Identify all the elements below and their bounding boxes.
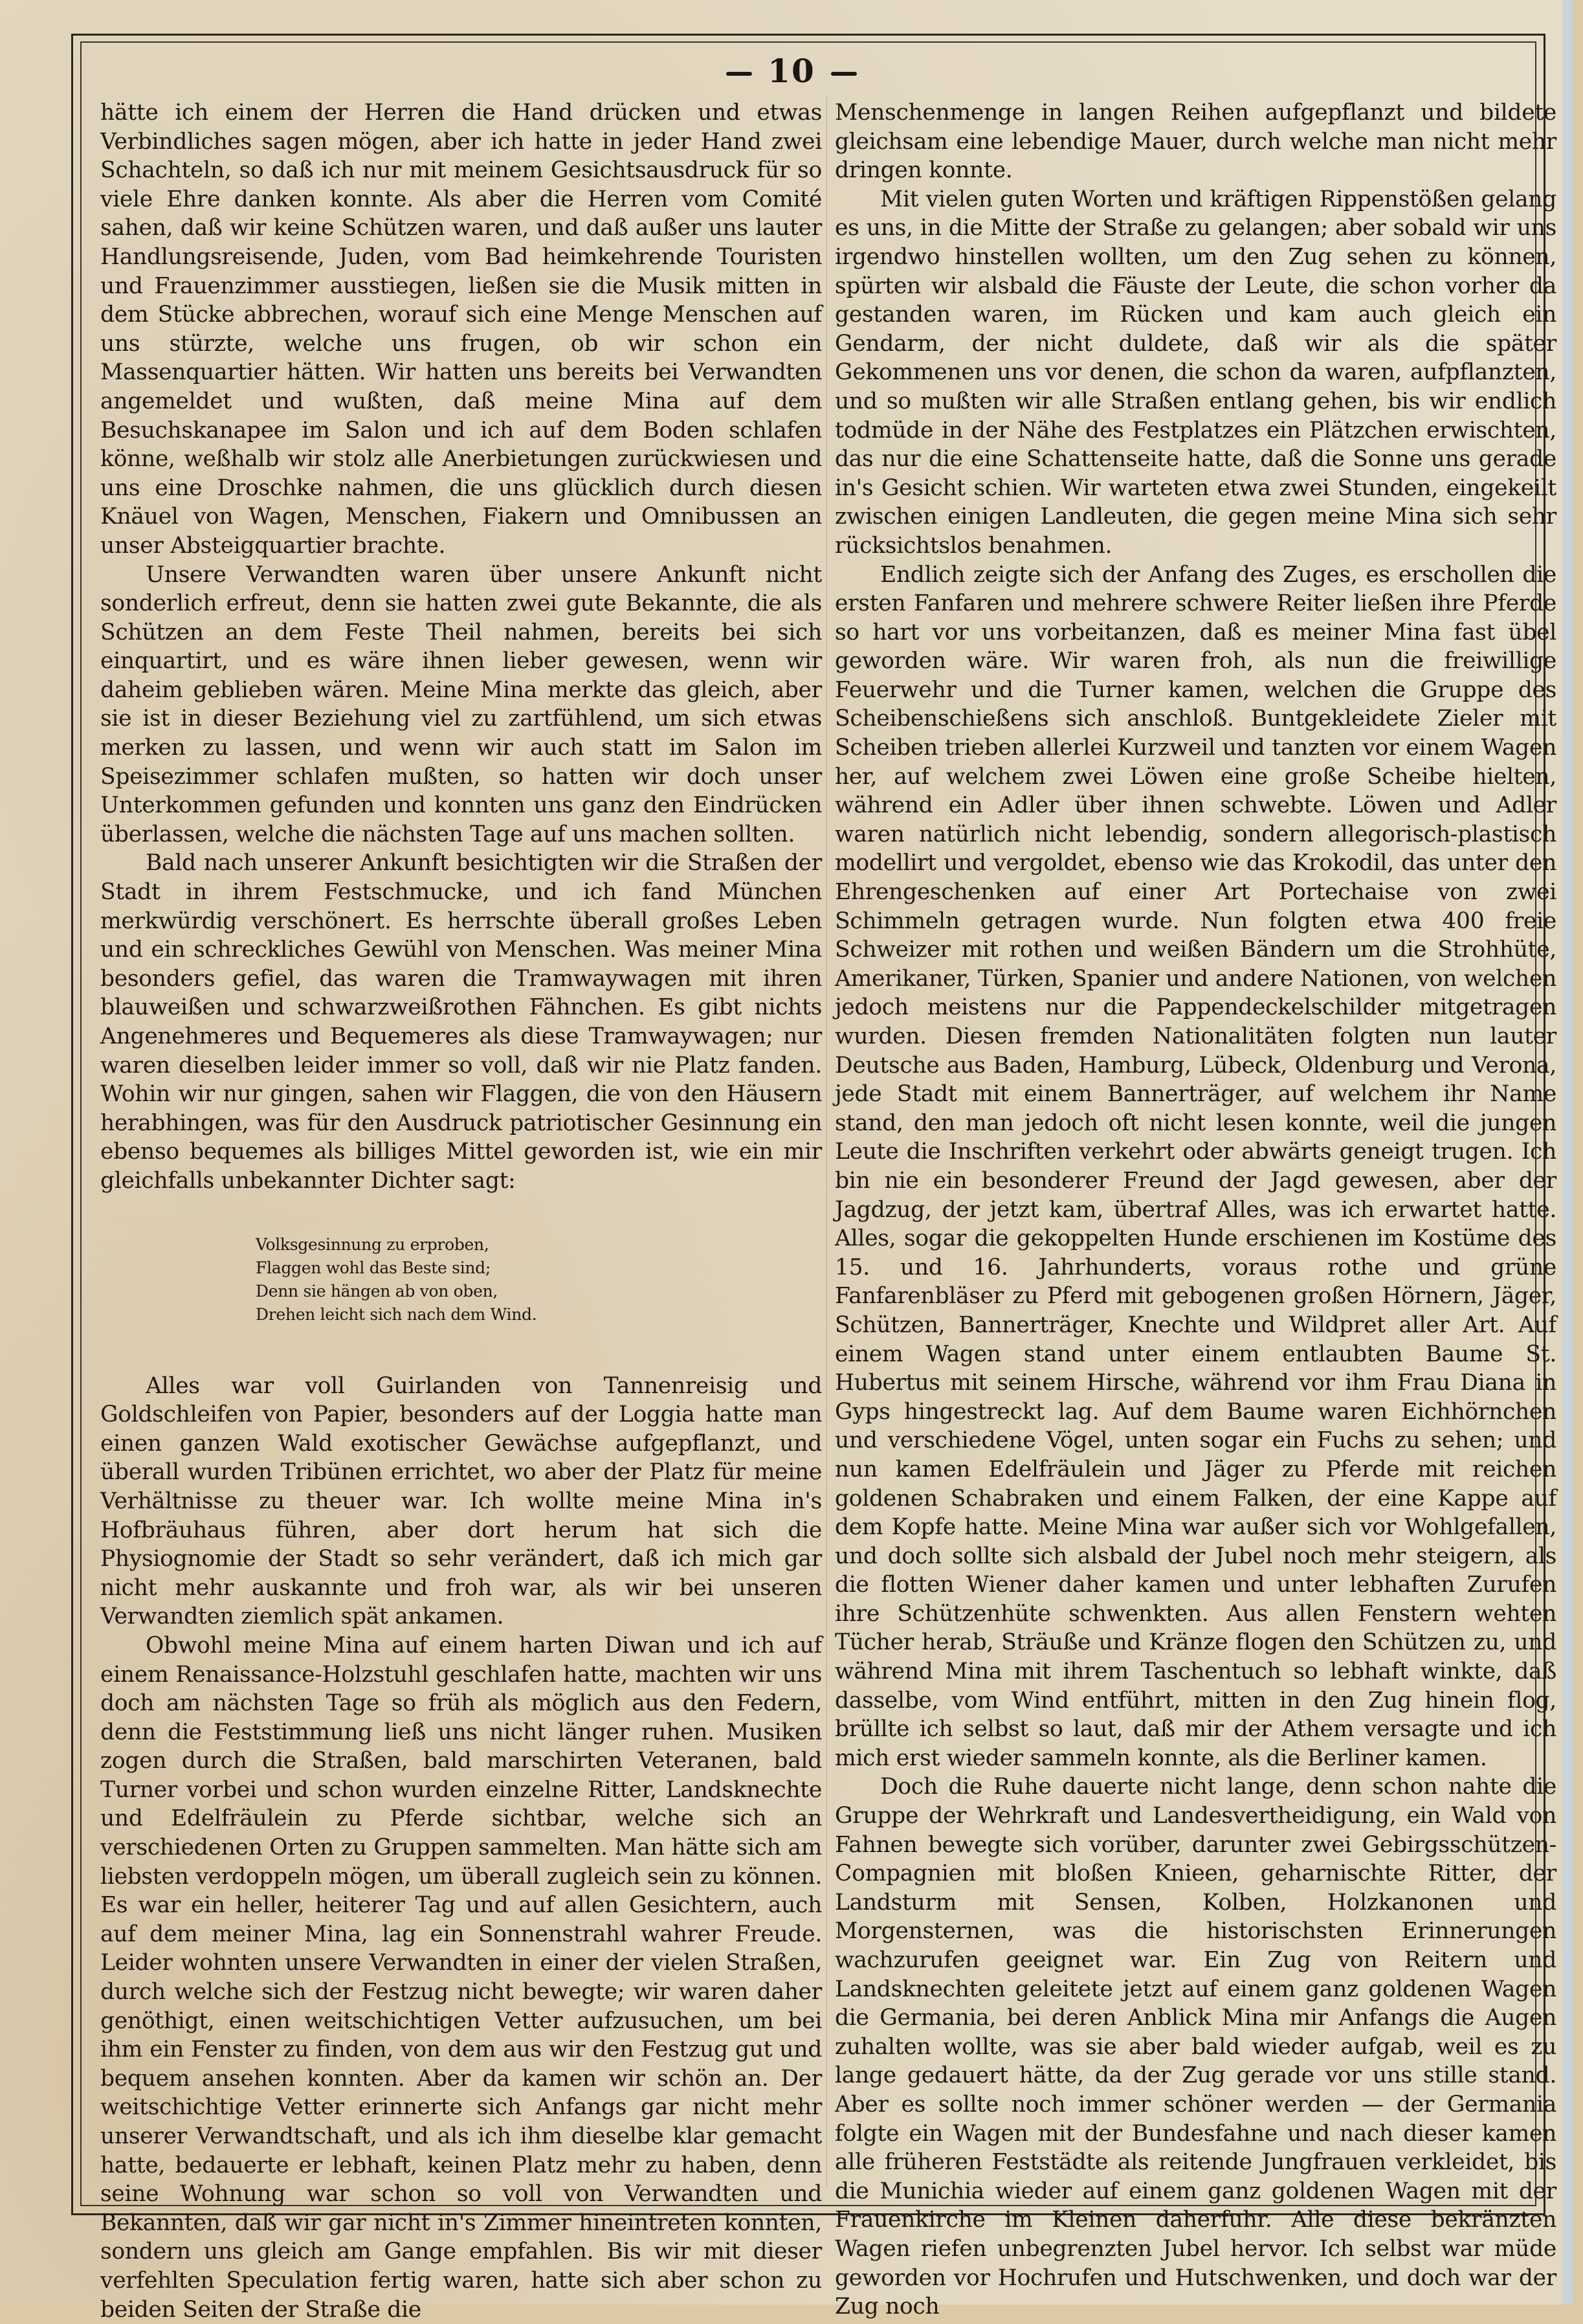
newspaper-page: 10 hätte ich einem der Herren die Hand d… <box>0 0 1573 2305</box>
page-number: 10 <box>768 52 815 90</box>
left-column: hätte ich einem der Herren die Hand drüc… <box>100 98 822 2305</box>
page-number-header: 10 <box>0 52 1583 90</box>
scan-edge <box>1562 0 1573 2305</box>
paragraph: Doch die Ruhe dauerte nicht lange, denn … <box>835 1772 1556 2305</box>
column-divider <box>826 97 827 2188</box>
paragraph: Bald nach unserer Ankunft besichtigten w… <box>100 849 822 1195</box>
poem-line: Drehen leicht sich nach dem Wind. <box>256 1303 822 1326</box>
paragraph: Unsere Verwandten waren über unsere Anku… <box>100 561 822 849</box>
right-column: Menschenmenge in langen Reihen aufgepfla… <box>835 98 1556 2305</box>
poem-line: Volksgesinnung zu erproben, <box>256 1233 822 1257</box>
paragraph: Alles war voll Guirlanden von Tannenreis… <box>100 1372 822 1631</box>
dash-ornament-right <box>831 72 857 76</box>
paragraph: Endlich zeigte sich der Anfang des Zuges… <box>835 561 1556 1773</box>
dash-ornament-left <box>726 72 752 76</box>
paragraph: Mit vielen guten Worten und kräftigen Ri… <box>835 185 1556 561</box>
paragraph: Obwohl meine Mina auf einem harten Diwan… <box>100 1631 822 2305</box>
paragraph: Menschenmenge in langen Reihen aufgepfla… <box>835 98 1556 185</box>
poem-line: Denn sie hängen ab von oben, <box>256 1280 822 1303</box>
poem-line: Flaggen wohl das Beste sind; <box>256 1257 822 1280</box>
paragraph: hätte ich einem der Herren die Hand drüc… <box>100 98 822 561</box>
poem-verse: Volksgesinnung zu erproben, Flaggen wohl… <box>256 1233 822 1326</box>
